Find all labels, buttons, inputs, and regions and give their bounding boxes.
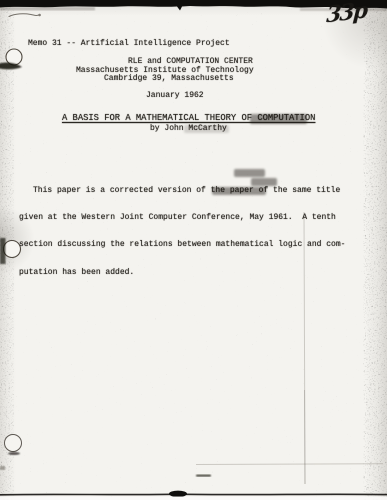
smudge-overlay [251,178,277,187]
org-line-cambridge: Cambridge 39, Massachusetts [104,74,234,83]
date-line: January 1962 [146,91,204,100]
punch-hole-2 [4,241,21,258]
punch-hole-3-smudge [8,452,20,455]
memo-header-line: Memo 31 -- Artificial Intelligence Proje… [28,39,230,48]
smudge-overlay [184,125,229,133]
abstract-line: This paper is a corrected version of the… [19,186,345,195]
pen-squiggle [9,14,40,17]
below-edge-strip [0,497,387,500]
left-edge-mark [0,466,5,470]
top-bar-shadow [0,7,95,11]
abstract-line: section discussing the relations between… [19,240,345,249]
vertical-crease-lower [305,390,306,484]
smudge-overlay [250,114,307,124]
abstract-line: putation has been added. [19,268,345,277]
scanned-memo-page: Memo 31 -- Artificial Intelligence Proje… [0,0,387,500]
smudge-overlay [234,169,265,178]
horizontal-crease [196,464,383,465]
abstract-line: given at the Western Joint Computer Conf… [19,213,345,222]
left-edge-noise [0,0,13,500]
punch-hole-1 [6,49,22,65]
abstract-paragraph: This paper is a corrected version of the… [19,168,345,295]
bottom-dash-mark [196,475,211,477]
bottom-edge-blob [169,491,187,497]
punch-hole-2-smudge [0,238,6,264]
right-edge-noise [365,0,387,500]
handwritten-page-number: 33p [326,0,367,27]
scan-bottom-edge [0,494,387,495]
punch-hole-3 [5,435,22,452]
smudge-overlay [212,187,266,196]
punch-hole-1-smudge [0,63,22,70]
